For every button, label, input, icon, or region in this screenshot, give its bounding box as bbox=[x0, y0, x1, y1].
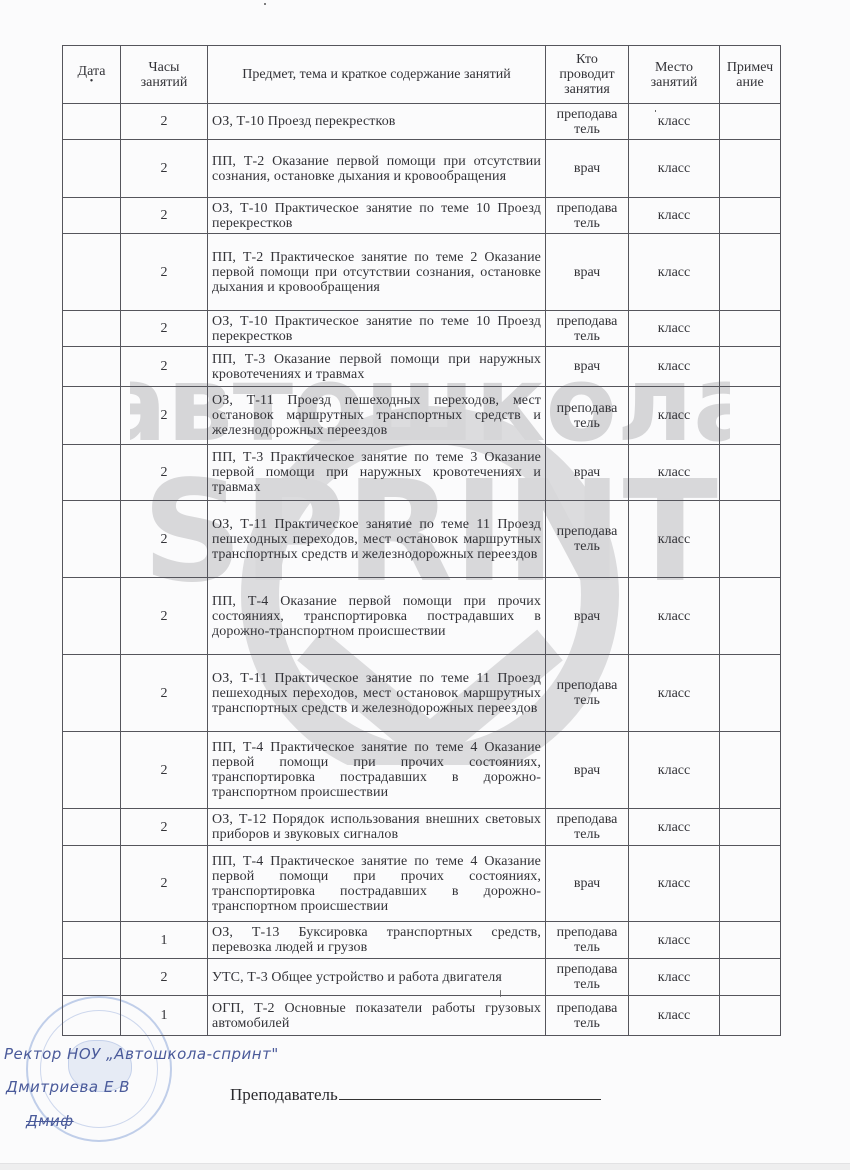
subject-cell: ПП, Т-3 Практическое занятие по теме 3 О… bbox=[208, 445, 546, 501]
scan-speck bbox=[264, 3, 266, 5]
place-cell: класс bbox=[629, 846, 720, 922]
table-row: 2ПП, Т-2 Оказание первой помощи при отсу… bbox=[63, 140, 781, 198]
table-row: 2ПП, Т-2 Практическое занятие по теме 2 … bbox=[63, 234, 781, 311]
place-cell: класс bbox=[629, 732, 720, 809]
note-cell bbox=[720, 387, 781, 445]
table-row: 2ОЗ, Т-11 Практическое занятие по теме 1… bbox=[63, 655, 781, 732]
header-place: Место занятий bbox=[629, 46, 720, 104]
subject-cell: ПП, Т-2 Оказание первой помощи при отсут… bbox=[208, 140, 546, 198]
header-hours: Часы занятий bbox=[121, 46, 208, 104]
table-row: 2ПП, Т-4 Практическое занятие по теме 4 … bbox=[63, 846, 781, 922]
hours-cell: 2 bbox=[121, 445, 208, 501]
table-row: 1ОЗ, Т-13 Буксировка транспортных средст… bbox=[63, 922, 781, 959]
hours-cell: 2 bbox=[121, 959, 208, 996]
subject-cell: ОЗ, Т-11 Практическое занятие по теме 11… bbox=[208, 655, 546, 732]
place-cell: класс bbox=[629, 655, 720, 732]
rector-name: Дмитриева Е.В bbox=[6, 1078, 130, 1096]
lesson-schedule-table: Дата• Часы занятий Предмет, тема и кратк… bbox=[62, 45, 781, 1036]
note-cell bbox=[720, 198, 781, 234]
subject-cell: ОГП, Т-2 Основные показатели работы груз… bbox=[208, 996, 546, 1036]
note-cell bbox=[720, 578, 781, 655]
table-row: 2ПП, Т-4 Оказание первой помощи при проч… bbox=[63, 578, 781, 655]
hours-cell: 2 bbox=[121, 234, 208, 311]
note-cell bbox=[720, 347, 781, 387]
note-cell bbox=[720, 809, 781, 846]
note-cell bbox=[720, 501, 781, 578]
rector-autograph: Дмиф bbox=[26, 1112, 74, 1130]
note-cell bbox=[720, 846, 781, 922]
hours-cell: 2 bbox=[121, 732, 208, 809]
instructor-cell: врач bbox=[546, 445, 629, 501]
date-cell bbox=[63, 732, 121, 809]
hours-cell: 2 bbox=[121, 198, 208, 234]
instructor-cell: врач bbox=[546, 578, 629, 655]
subject-cell: ОЗ, Т-11 Практическое занятие по теме 11… bbox=[208, 501, 546, 578]
date-cell bbox=[63, 445, 121, 501]
date-cell bbox=[63, 347, 121, 387]
date-cell bbox=[63, 198, 121, 234]
teacher-signature-blank[interactable] bbox=[339, 1085, 601, 1100]
instructor-cell: преподава тель bbox=[546, 996, 629, 1036]
subject-cell: ПП, Т-3 Оказание первой помощи при наруж… bbox=[208, 347, 546, 387]
note-cell bbox=[720, 996, 781, 1036]
subject-cell: ОЗ, Т-10 Практическое занятие по теме 10… bbox=[208, 311, 546, 347]
date-cell bbox=[63, 996, 121, 1036]
instructor-cell: преподава тель bbox=[546, 104, 629, 140]
note-cell bbox=[720, 922, 781, 959]
table-header-row: Дата• Часы занятий Предмет, тема и кратк… bbox=[63, 46, 781, 104]
subject-cell: ПП, Т-4 Оказание первой помощи при прочи… bbox=[208, 578, 546, 655]
date-cell bbox=[63, 311, 121, 347]
place-cell: класс bbox=[629, 198, 720, 234]
table-row: 1ОГП, Т-2 Основные показатели работы гру… bbox=[63, 996, 781, 1036]
note-cell bbox=[720, 311, 781, 347]
instructor-cell: врач bbox=[546, 140, 629, 198]
date-cell bbox=[63, 104, 121, 140]
hours-cell: 1 bbox=[121, 922, 208, 959]
subject-cell: ОЗ, Т-13 Буксировка транспортных средств… bbox=[208, 922, 546, 959]
subject-cell: ОЗ, Т-11 Проезд пешеходных переходов, ме… bbox=[208, 387, 546, 445]
place-cell: класс bbox=[629, 104, 720, 140]
date-cell bbox=[63, 501, 121, 578]
instructor-cell: преподава тель bbox=[546, 959, 629, 996]
date-cell bbox=[63, 922, 121, 959]
subject-cell: ПП, Т-4 Практическое занятие по теме 4 О… bbox=[208, 846, 546, 922]
hours-cell: 2 bbox=[121, 347, 208, 387]
subject-cell: УТС, Т-3 Общее устройство и работа двига… bbox=[208, 959, 546, 996]
hours-cell: 2 bbox=[121, 655, 208, 732]
date-cell bbox=[63, 959, 121, 996]
subject-cell: ПП, Т-4 Практическое занятие по теме 4 О… bbox=[208, 732, 546, 809]
hours-cell: 2 bbox=[121, 809, 208, 846]
note-cell bbox=[720, 655, 781, 732]
table-row: 2ОЗ, Т-10 Проезд перекрестковпреподава т… bbox=[63, 104, 781, 140]
instructor-cell: врач bbox=[546, 846, 629, 922]
instructor-cell: преподава тель bbox=[546, 311, 629, 347]
table-row: 2ПП, Т-4 Практическое занятие по теме 4 … bbox=[63, 732, 781, 809]
table-row: 2УТС, Т-3 Общее устройство и работа двиг… bbox=[63, 959, 781, 996]
place-cell: класс bbox=[629, 387, 720, 445]
note-cell bbox=[720, 104, 781, 140]
place-cell: класс bbox=[629, 959, 720, 996]
hours-cell: 2 bbox=[121, 578, 208, 655]
hours-cell: 1 bbox=[121, 996, 208, 1036]
hours-cell: 2 bbox=[121, 501, 208, 578]
note-cell bbox=[720, 445, 781, 501]
place-cell: класс bbox=[629, 140, 720, 198]
subject-cell: ОЗ, Т-10 Практическое занятие по теме 10… bbox=[208, 198, 546, 234]
place-cell: класс bbox=[629, 501, 720, 578]
note-cell bbox=[720, 732, 781, 809]
hours-cell: 2 bbox=[121, 846, 208, 922]
date-cell bbox=[63, 809, 121, 846]
hours-cell: 2 bbox=[121, 311, 208, 347]
table-row: 2ПП, Т-3 Оказание первой помощи при нару… bbox=[63, 347, 781, 387]
header-note: Примеч ание bbox=[720, 46, 781, 104]
instructor-cell: преподава тель bbox=[546, 655, 629, 732]
place-cell: класс bbox=[629, 922, 720, 959]
hours-cell: 2 bbox=[121, 140, 208, 198]
instructor-cell: врач bbox=[546, 234, 629, 311]
teacher-signature-field: Преподаватель bbox=[230, 1085, 601, 1105]
note-cell bbox=[720, 234, 781, 311]
date-cell bbox=[63, 234, 121, 311]
note-cell bbox=[720, 959, 781, 996]
date-cell bbox=[63, 578, 121, 655]
date-cell bbox=[63, 140, 121, 198]
place-cell: класс bbox=[629, 578, 720, 655]
subject-cell: ОЗ, Т-12 Порядок использования внешних с… bbox=[208, 809, 546, 846]
table-row: 2ОЗ, Т-10 Практическое занятие по теме 1… bbox=[63, 311, 781, 347]
table-row: 2ПП, Т-3 Практическое занятие по теме 3 … bbox=[63, 445, 781, 501]
instructor-cell: преподава тель bbox=[546, 501, 629, 578]
subject-cell: ПП, Т-2 Практическое занятие по теме 2 О… bbox=[208, 234, 546, 311]
table-row: 2ОЗ, Т-11 Проезд пешеходных переходов, м… bbox=[63, 387, 781, 445]
place-cell: класс bbox=[629, 234, 720, 311]
header-subject: Предмет, тема и краткое содержание занят… bbox=[208, 46, 546, 104]
hours-cell: 2 bbox=[121, 104, 208, 140]
instructor-cell: преподава тель bbox=[546, 809, 629, 846]
subject-cell: ОЗ, Т-10 Проезд перекрестков bbox=[208, 104, 546, 140]
rector-signature-line: Ректор НОУ „Автошкола-спринт" bbox=[4, 1045, 279, 1063]
table-row: 2ОЗ, Т-12 Порядок использования внешних … bbox=[63, 809, 781, 846]
table-row: 2ОЗ, Т-10 Практическое занятие по теме 1… bbox=[63, 198, 781, 234]
header-date: Дата• bbox=[63, 46, 121, 104]
place-cell: класс bbox=[629, 347, 720, 387]
place-cell: класс bbox=[629, 311, 720, 347]
hours-cell: 2 bbox=[121, 387, 208, 445]
instructor-cell: преподава тель bbox=[546, 198, 629, 234]
date-cell bbox=[63, 387, 121, 445]
instructor-cell: преподава тель bbox=[546, 922, 629, 959]
place-cell: класс bbox=[629, 809, 720, 846]
page-bottom-edge bbox=[0, 1163, 850, 1170]
date-cell bbox=[63, 846, 121, 922]
place-cell: класс bbox=[629, 996, 720, 1036]
note-cell bbox=[720, 140, 781, 198]
header-who: Кто проводит занятия bbox=[546, 46, 629, 104]
table-row: 2ОЗ, Т-11 Практическое занятие по теме 1… bbox=[63, 501, 781, 578]
instructor-cell: преподава тель bbox=[546, 387, 629, 445]
teacher-label: Преподаватель bbox=[230, 1085, 338, 1104]
date-cell bbox=[63, 655, 121, 732]
instructor-cell: врач bbox=[546, 347, 629, 387]
place-cell: класс bbox=[629, 445, 720, 501]
instructor-cell: врач bbox=[546, 732, 629, 809]
